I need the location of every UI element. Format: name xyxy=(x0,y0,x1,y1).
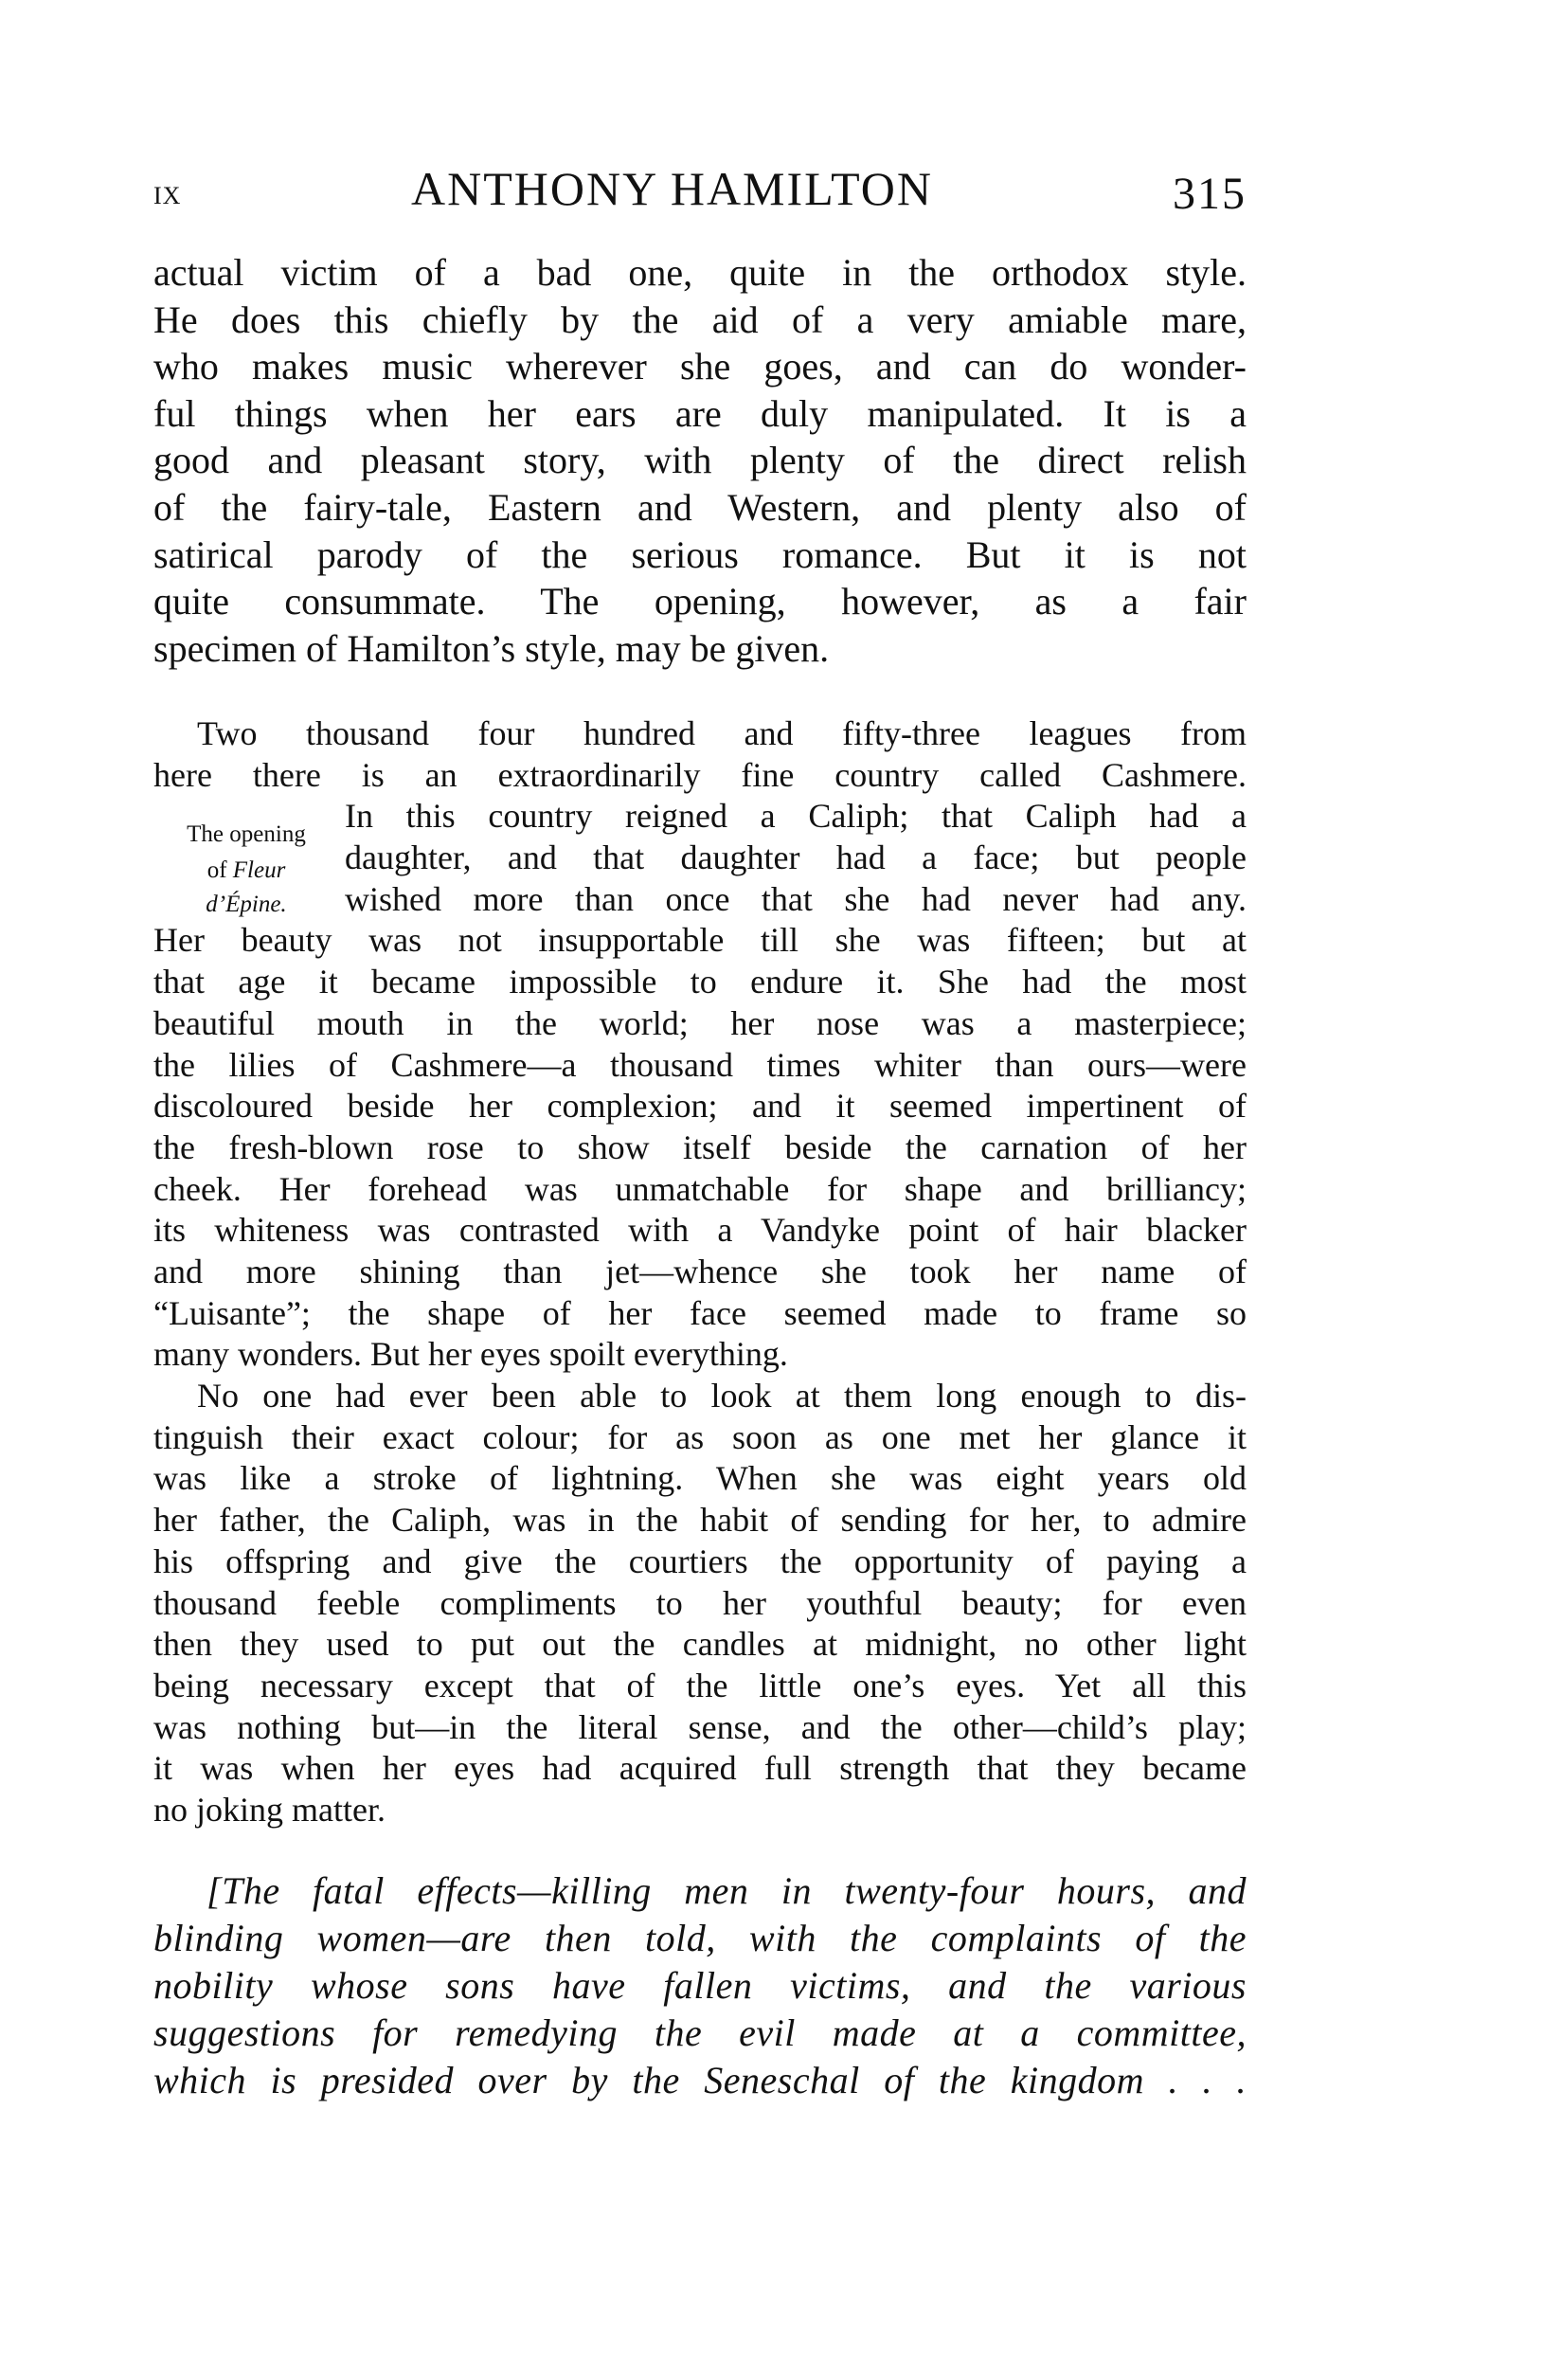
sidenote-italic: Fleur xyxy=(233,857,286,883)
text-line: many wonders. But her eyes spoilt everyt… xyxy=(153,1337,1247,1371)
text-line: daughter, and that daughter had a face; … xyxy=(345,840,1247,874)
text-line: Her beauty was not insupportable till sh… xyxy=(153,923,1247,957)
text-line: good and pleasant story, with plenty of … xyxy=(153,442,1247,479)
text-line: nobility whose sons have fallen victims,… xyxy=(153,1967,1247,2005)
text-line: wished more than once that she had never… xyxy=(345,882,1247,916)
text-line: suggestions for remedying the evil made … xyxy=(153,2014,1247,2052)
text-line: beautiful mouth in the world; her nose w… xyxy=(153,1006,1247,1040)
sidenote-line: The opening xyxy=(152,822,341,846)
sidenote-text: of xyxy=(207,857,233,883)
running-title: ANTHONY HAMILTON xyxy=(411,161,933,216)
text-line: No one had ever been able to look at the… xyxy=(197,1379,1247,1413)
running-head: IX ANTHONY HAMILTON 315 xyxy=(152,159,1247,216)
text-line: her father, the Caliph, was in the habit… xyxy=(153,1503,1247,1537)
text-line: specimen of Hamilton’s style, may be giv… xyxy=(153,630,1247,668)
text-line: no joking matter. xyxy=(153,1793,1247,1827)
text-line: “Luisante”; the shape of her face seemed… xyxy=(153,1296,1247,1330)
text-line: blinding women—are then told, with the c… xyxy=(153,1920,1247,1957)
text-line: its whiteness was contrasted with a Vand… xyxy=(153,1213,1247,1247)
text-line: and more shining than jet—whence she too… xyxy=(153,1254,1247,1289)
text-line: was nothing but—in the literal sense, an… xyxy=(153,1710,1247,1744)
text-line: satirical parody of the serious romance.… xyxy=(153,536,1247,574)
text-line: being necessary except that of the littl… xyxy=(153,1668,1247,1703)
text-line: Two thousand four hundred and fifty-thre… xyxy=(197,716,1247,750)
sidenote-line: d’Épine. xyxy=(152,892,341,916)
text-line: which is presided over by the Seneschal … xyxy=(153,2062,1247,2100)
text-line: the fresh-blown rose to show itself besi… xyxy=(153,1130,1247,1164)
text-line: of the fairy-tale, Eastern and Western, … xyxy=(153,489,1247,527)
text-line: He does this chiefly by the aid of a ver… xyxy=(153,301,1247,339)
text-line: thousand feeble compliments to her youth… xyxy=(153,1586,1247,1620)
text-line: was like a stroke of lightning. When she… xyxy=(153,1461,1247,1495)
text-line: that age it became impossible to endure … xyxy=(153,965,1247,999)
text-line: the lilies of Cashmere—a thousand times … xyxy=(153,1048,1247,1082)
text-line: [The fatal effects—killing men in twenty… xyxy=(206,1872,1247,1910)
text-line: ful things when her ears are duly manipu… xyxy=(153,395,1247,433)
book-page: IX ANTHONY HAMILTON 315 actual victim of… xyxy=(0,0,1561,2380)
text-line: it was when her eyes had acquired full s… xyxy=(153,1751,1247,1785)
text-line: who makes music wherever she goes, and c… xyxy=(153,348,1247,386)
text-line: tinguish their exact colour; for as soon… xyxy=(153,1420,1247,1454)
sidenote-line: of Fleur xyxy=(152,858,341,882)
text-line: then they used to put out the candles at… xyxy=(153,1627,1247,1661)
text-line: quite consummate. The opening, however, … xyxy=(153,583,1247,621)
text-line: his offspring and give the courtiers the… xyxy=(153,1544,1247,1578)
text-line: actual victim of a bad one, quite in the… xyxy=(153,254,1247,292)
chapter-number: IX xyxy=(153,182,181,210)
page-number: 315 xyxy=(1173,168,1247,220)
text-line: In this country reigned a Caliph; that C… xyxy=(345,799,1247,833)
sidenote-italic: d’Épine. xyxy=(206,892,286,917)
text-line: here there is an extraordinarily fine co… xyxy=(153,758,1247,792)
text-line: discoloured beside her complexion; and i… xyxy=(153,1089,1247,1123)
text-line: cheek. Her forehead was unmatchable for … xyxy=(153,1172,1247,1206)
